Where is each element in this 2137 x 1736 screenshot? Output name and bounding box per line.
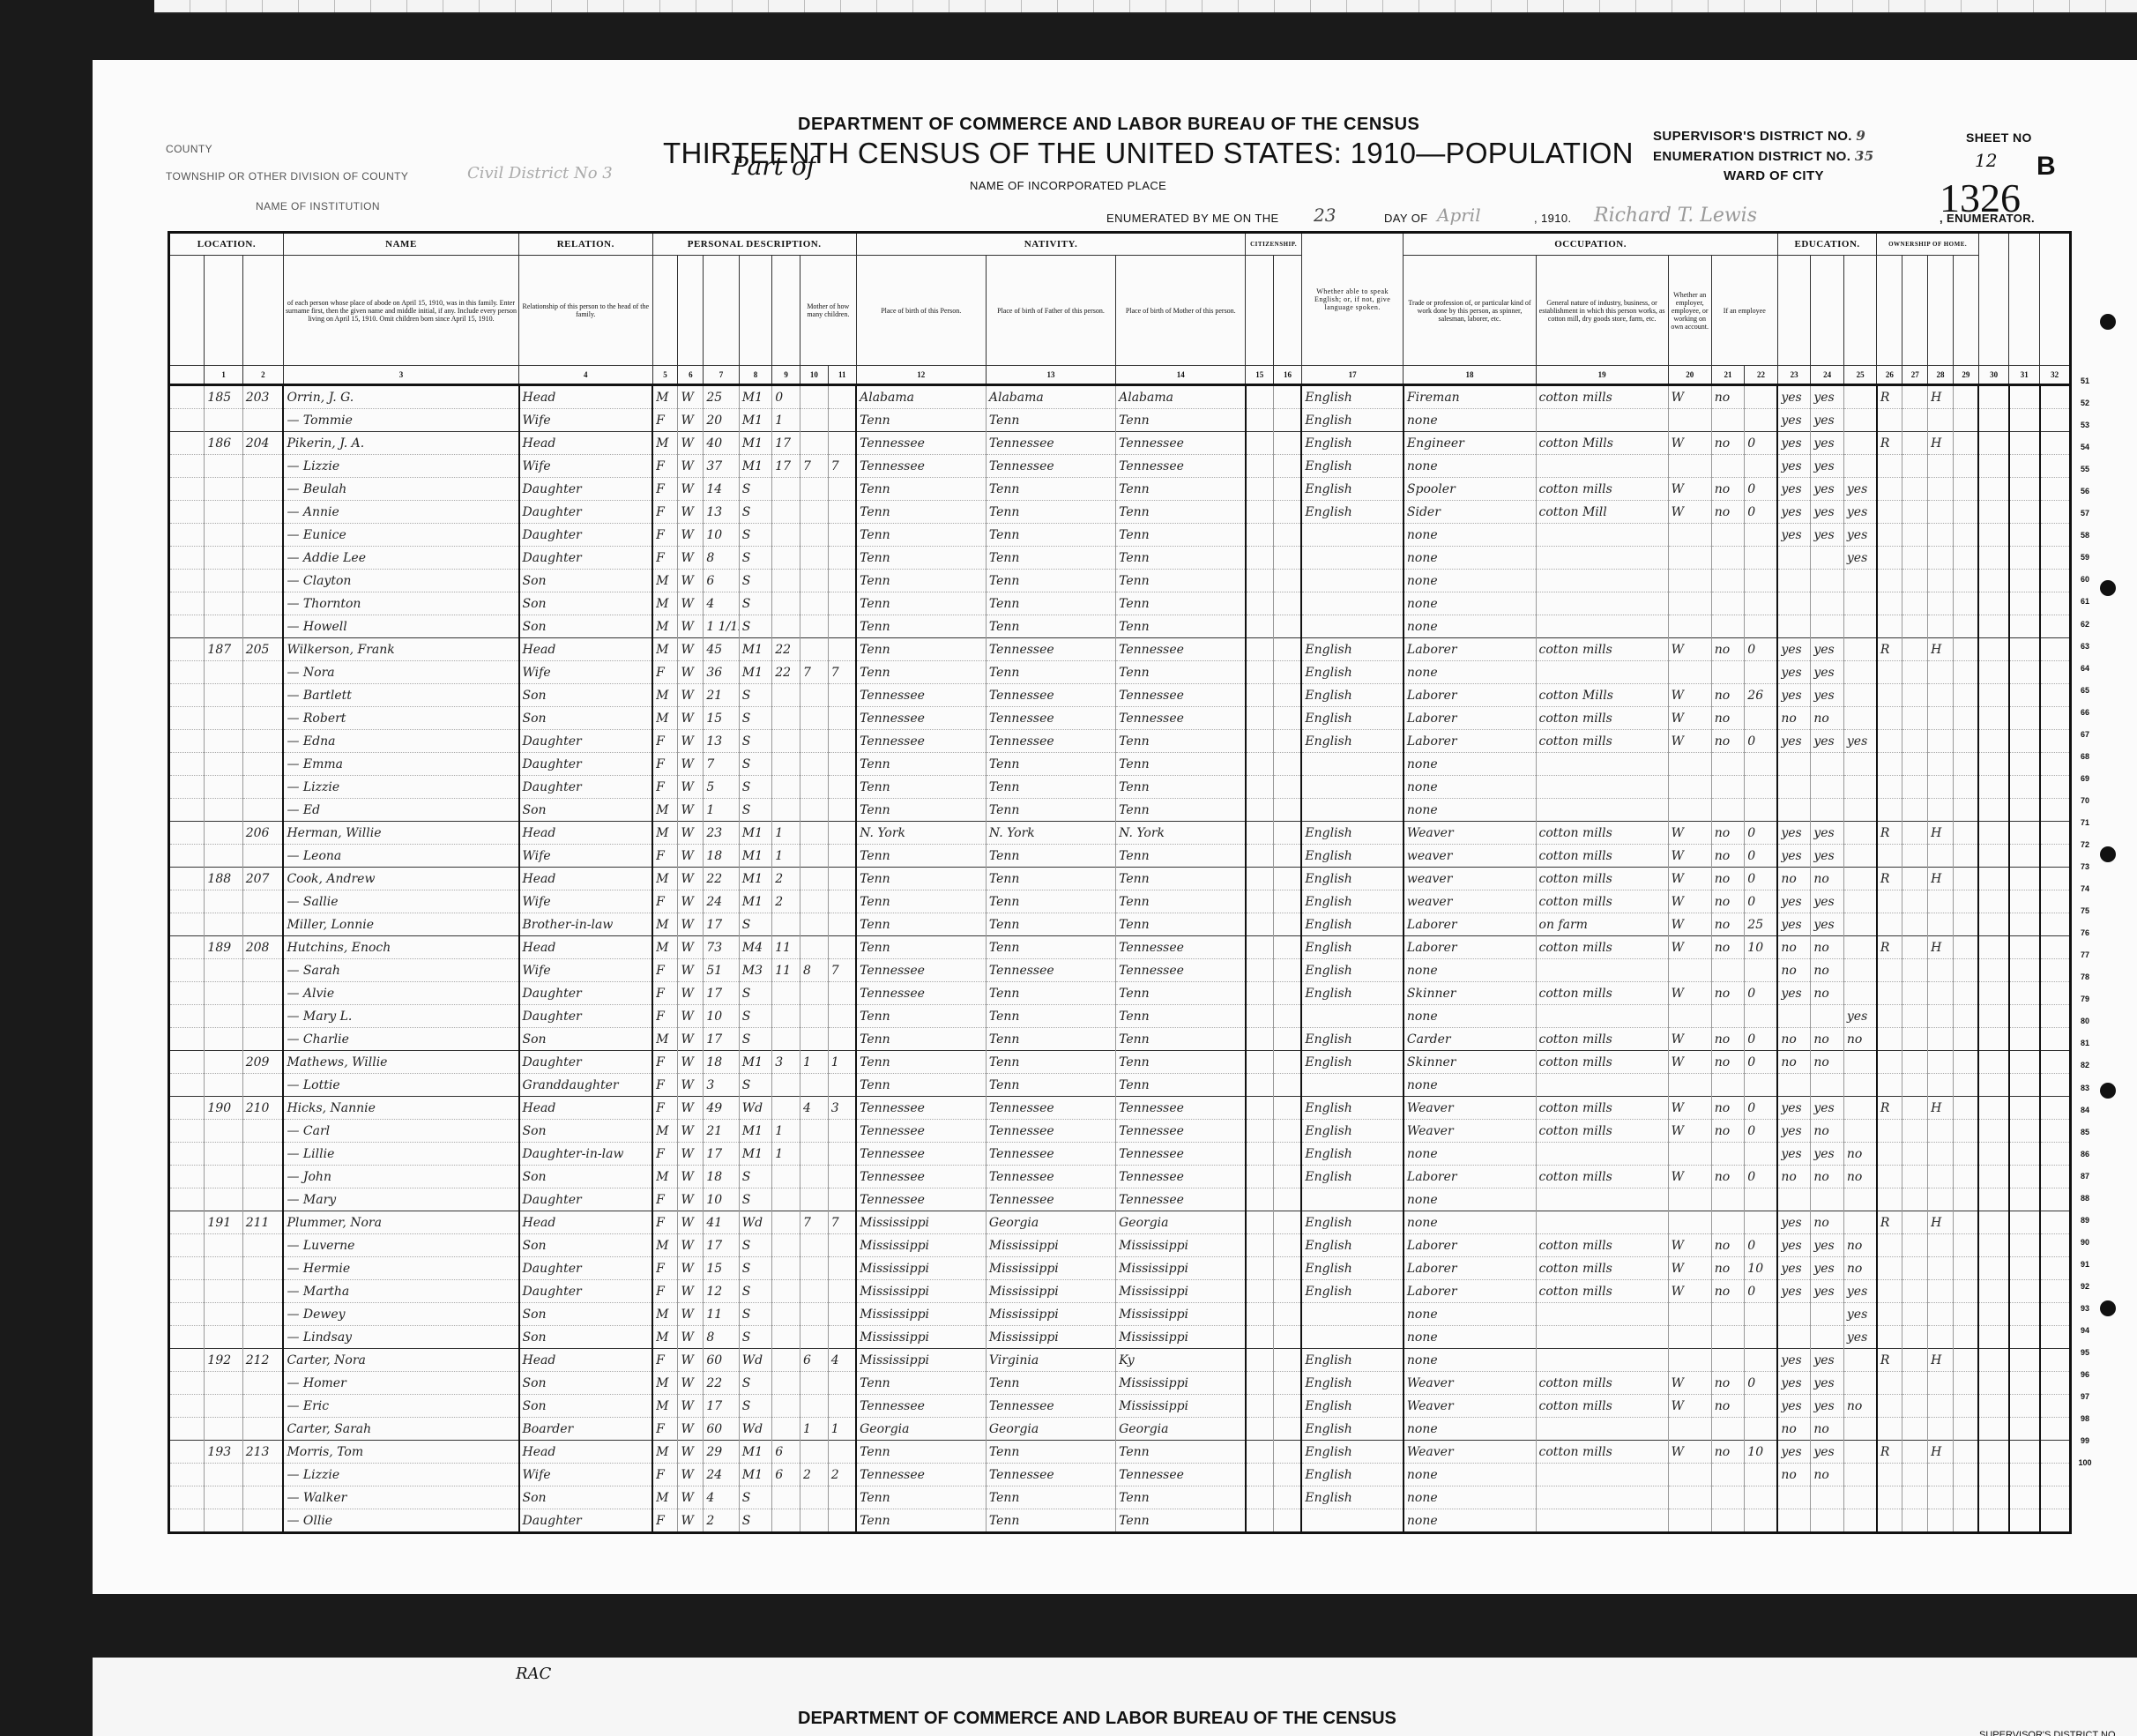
line-number: 97	[2072, 1386, 2098, 1408]
cell-bm: Tennessee	[1116, 707, 1246, 730]
cell-c15	[1246, 1372, 1274, 1395]
cell-c15	[1246, 432, 1274, 455]
cell-farm	[1928, 661, 1954, 684]
cell-wks	[1745, 776, 1778, 799]
cell-c31	[2009, 707, 2040, 730]
cell-born	[800, 1486, 829, 1509]
cell-c16	[1274, 1441, 1302, 1464]
cell-wks	[1745, 799, 1778, 822]
cell-trade: Laborer	[1404, 707, 1536, 730]
cell-rel: Daughter	[519, 1509, 653, 1533]
cell-write	[1811, 592, 1844, 615]
cell-liv	[828, 730, 856, 753]
cell-trade: none	[1404, 547, 1536, 570]
cell-c30	[1978, 1234, 2009, 1257]
cell-ind	[1536, 799, 1668, 822]
cell-own: R	[1877, 385, 1902, 409]
cell-c15	[1246, 1051, 1274, 1074]
cell-own	[1877, 1166, 1902, 1188]
cell-sex: F	[652, 455, 678, 478]
cell-mort	[1902, 1028, 1928, 1051]
cell-c30	[1978, 1143, 2009, 1166]
cell-write: yes	[1811, 684, 1844, 707]
cell-sch: yes	[1843, 478, 1877, 501]
cell-c16	[1274, 730, 1302, 753]
cell-c30	[1978, 913, 2009, 936]
cell-c29	[1953, 1097, 1978, 1120]
cell-liv	[828, 822, 856, 845]
cell-sch	[1843, 570, 1877, 592]
cell-c32	[2040, 1234, 2071, 1257]
cell-ms: M1	[739, 1441, 772, 1464]
cell-ind: cotton mills	[1536, 1028, 1668, 1051]
cell-c32	[2040, 822, 2071, 845]
line-number: 82	[2072, 1054, 2098, 1077]
cell-mort	[1902, 913, 1928, 936]
cell-own	[1877, 570, 1902, 592]
cell-yrs	[772, 1303, 800, 1326]
cell-bm: Tenn	[1116, 478, 1246, 501]
table-row: — LillieDaughter-in-lawFW17M11TennesseeT…	[169, 1143, 2071, 1166]
cell-c31	[2009, 868, 2040, 890]
cell-ind: cotton Mills	[1536, 684, 1668, 707]
cell-out	[1711, 1074, 1745, 1097]
cell-dw: 186	[205, 432, 242, 455]
cell-c31	[2009, 524, 2040, 547]
cell-bf: Tennessee	[986, 959, 1115, 982]
cell-c31	[2009, 1395, 2040, 1418]
cell-bp: Tenn	[856, 776, 986, 799]
cell-farm	[1928, 547, 1954, 570]
cell-out	[1711, 455, 1745, 478]
cell-bp: Mississippi	[856, 1257, 986, 1280]
cell-fam	[242, 1028, 283, 1051]
cell-write: yes	[1811, 1349, 1844, 1372]
cell-c15	[1246, 570, 1274, 592]
cell-sex: M	[652, 822, 678, 845]
cell-c29	[1953, 1257, 1978, 1280]
cell-emp: W	[1668, 1028, 1711, 1051]
cell-c30	[1978, 799, 2009, 822]
cell-write: no	[1811, 1464, 1844, 1486]
cell-c16	[1274, 1509, 1302, 1533]
cell-emp	[1668, 570, 1711, 592]
cell-wks: 0	[1745, 1234, 1778, 1257]
cell-trade: Laborer	[1404, 730, 1536, 753]
cell-c29	[1953, 1211, 1978, 1234]
cell-c16	[1274, 1418, 1302, 1441]
cell-farm: H	[1928, 385, 1954, 409]
cell-c32	[2040, 547, 2071, 570]
cell-ind	[1536, 1509, 1668, 1533]
cell-sch: no	[1843, 1143, 1877, 1166]
cell-born	[800, 524, 829, 547]
cell-bp: Tenn	[856, 592, 986, 615]
cell-yrs	[772, 1349, 800, 1372]
cell-lang: English	[1301, 1051, 1403, 1074]
cell-own	[1877, 592, 1902, 615]
cell-c32	[2040, 845, 2071, 868]
cell-c32	[2040, 409, 2071, 432]
cell-sex: F	[652, 478, 678, 501]
cell-c15	[1246, 1166, 1274, 1188]
cell-rel: Daughter-in-law	[519, 1143, 653, 1166]
cell-rel: Son	[519, 615, 653, 638]
cell-emp	[1668, 753, 1711, 776]
cell-sch	[1843, 638, 1877, 661]
cell-sch	[1843, 1074, 1877, 1097]
cell-c31	[2009, 570, 2040, 592]
header-street	[169, 256, 205, 366]
cell-c32	[2040, 638, 2071, 661]
cell-fam	[242, 799, 283, 822]
cell-c16	[1274, 1395, 1302, 1418]
table-row: — EricSonMW17STennesseeTennesseeMississi…	[169, 1395, 2071, 1418]
cell-name: — Walker	[283, 1486, 518, 1509]
cell-farm	[1928, 845, 1954, 868]
table-row: — SallieWifeFW24M12TennTennTennEnglishwe…	[169, 890, 2071, 913]
cell-c29	[1953, 684, 1978, 707]
cell-yrs: 1	[772, 845, 800, 868]
cell-rel: Head	[519, 1349, 653, 1372]
cell-age: 51	[704, 959, 739, 982]
header-farm-schedule	[1953, 256, 1978, 366]
cell-race: W	[678, 1303, 704, 1326]
cell-bf: Tennessee	[986, 432, 1115, 455]
cell-c16	[1274, 936, 1302, 959]
department-heading: DEPARTMENT OF COMMERCE AND LABOR BUREAU …	[798, 115, 1419, 135]
cell-wks: 0	[1745, 982, 1778, 1005]
cell-liv	[828, 890, 856, 913]
cell-bp: Tennessee	[856, 959, 986, 982]
cell-bm: Tenn	[1116, 524, 1246, 547]
line-number: 56	[2072, 481, 2098, 503]
cell-name: Pikerin, J. A.	[283, 432, 518, 455]
cell-out: no	[1711, 684, 1745, 707]
cell-street	[169, 547, 205, 570]
cell-c16	[1274, 1326, 1302, 1349]
cell-liv	[828, 913, 856, 936]
cell-rel: Daughter	[519, 1257, 653, 1280]
cell-liv	[828, 1188, 856, 1211]
cell-c31	[2009, 615, 2040, 638]
cell-c30	[1978, 868, 2009, 890]
cell-sex: M	[652, 1234, 678, 1257]
line-number: 64	[2072, 658, 2098, 680]
column-number: 15	[1246, 366, 1274, 385]
column-number: 16	[1274, 366, 1302, 385]
cell-bp: Tenn	[856, 478, 986, 501]
cell-name: — Charlie	[283, 1028, 518, 1051]
cell-c32	[2040, 1486, 2071, 1509]
cell-read: yes	[1777, 409, 1811, 432]
cell-name: — Eunice	[283, 524, 518, 547]
cell-c32	[2040, 959, 2071, 982]
cell-race: W	[678, 982, 704, 1005]
cell-sch	[1843, 1418, 1877, 1441]
table-row: — Addie LeeDaughterFW8STennTennTennnoney…	[169, 547, 2071, 570]
cell-c29	[1953, 615, 1978, 638]
cell-c15	[1246, 959, 1274, 982]
cell-c30	[1978, 1051, 2009, 1074]
cell-liv	[828, 1280, 856, 1303]
table-row: — TommieWifeFW20M11TennTennTennEnglishno…	[169, 409, 2071, 432]
cell-wks	[1745, 1464, 1778, 1486]
cell-street	[169, 1349, 205, 1372]
cell-trade: none	[1404, 409, 1536, 432]
cell-bf: Tenn	[986, 547, 1115, 570]
cell-emp: W	[1668, 730, 1711, 753]
cell-bp: Tenn	[856, 890, 986, 913]
cell-sch: no	[1843, 1028, 1877, 1051]
cell-sex: M	[652, 1166, 678, 1188]
cell-c30	[1978, 1120, 2009, 1143]
cell-bf: N. York	[986, 822, 1115, 845]
cell-bm: Georgia	[1116, 1418, 1246, 1441]
cell-born	[800, 1234, 829, 1257]
cell-trade: weaver	[1404, 845, 1536, 868]
table-row: — AnnieDaughterFW13STennTennTennEnglishS…	[169, 501, 2071, 524]
cell-yrs: 1	[772, 822, 800, 845]
cell-c31	[2009, 1326, 2040, 1349]
cell-own: R	[1877, 1211, 1902, 1234]
column-number: 25	[1843, 366, 1877, 385]
cell-age: 20	[704, 409, 739, 432]
cell-c31	[2009, 1441, 2040, 1464]
group-relation: RELATION.	[519, 233, 653, 256]
cell-born	[800, 1257, 829, 1280]
cell-sch	[1843, 1051, 1877, 1074]
cell-street	[169, 1303, 205, 1326]
cell-bm: Tenn	[1116, 501, 1246, 524]
cell-wks: 0	[1745, 890, 1778, 913]
cell-farm: H	[1928, 1211, 1954, 1234]
cell-c31	[2009, 547, 2040, 570]
cell-c15	[1246, 982, 1274, 1005]
cell-born	[800, 478, 829, 501]
cell-liv	[828, 776, 856, 799]
cell-own: R	[1877, 868, 1902, 890]
cell-rel: Wife	[519, 409, 653, 432]
cell-age: 15	[704, 707, 739, 730]
cell-c30	[1978, 1372, 2009, 1395]
cell-c29	[1953, 592, 1978, 615]
cell-c16	[1274, 570, 1302, 592]
cell-name: Wilkerson, Frank	[283, 638, 518, 661]
cell-dw	[205, 684, 242, 707]
cell-street	[169, 868, 205, 890]
cell-race: W	[678, 799, 704, 822]
cell-own	[1877, 845, 1902, 868]
cell-ind	[1536, 1349, 1668, 1372]
cell-yrs: 17	[772, 455, 800, 478]
enumerated-day: 23	[1314, 205, 1336, 226]
cell-bm: Ky	[1116, 1349, 1246, 1372]
cell-read: yes	[1777, 501, 1811, 524]
group-occupation: OCCUPATION.	[1404, 233, 1777, 256]
cell-name: Morris, Tom	[283, 1441, 518, 1464]
cell-name: — Lindsay	[283, 1326, 518, 1349]
cell-trade: Weaver	[1404, 1120, 1536, 1143]
cell-wks	[1745, 661, 1778, 684]
cell-mort	[1902, 409, 1928, 432]
cell-trade: none	[1404, 1188, 1536, 1211]
cell-c16	[1274, 1188, 1302, 1211]
cell-sch	[1843, 845, 1877, 868]
cell-street	[169, 524, 205, 547]
cell-age: 25	[704, 385, 739, 409]
cell-ind	[1536, 661, 1668, 684]
cell-name: — Lillie	[283, 1143, 518, 1166]
cell-born: 6	[800, 1349, 829, 1372]
cell-sex: M	[652, 1395, 678, 1418]
cell-bp: Tenn	[856, 845, 986, 868]
cell-bp: Tenn	[856, 615, 986, 638]
cell-c16	[1274, 638, 1302, 661]
cell-dw	[205, 661, 242, 684]
cell-dw	[205, 776, 242, 799]
cell-c31	[2009, 1188, 2040, 1211]
column-number: 9	[772, 366, 800, 385]
cell-liv: 4	[828, 1349, 856, 1372]
cell-race: W	[678, 478, 704, 501]
cell-lang	[1301, 615, 1403, 638]
cell-street	[169, 776, 205, 799]
cell-born	[800, 409, 829, 432]
cell-c15	[1246, 890, 1274, 913]
cell-ms: M3	[739, 959, 772, 982]
cell-sch	[1843, 385, 1877, 409]
enumerated-label: ENUMERATED BY ME ON THE	[1106, 212, 1279, 225]
cell-bm: Tenn	[1116, 1028, 1246, 1051]
cell-street	[169, 1441, 205, 1464]
table-row: — ThorntonSonMW4STennTennTennnone	[169, 592, 2071, 615]
cell-out	[1711, 1188, 1745, 1211]
cell-ind	[1536, 1074, 1668, 1097]
cell-c15	[1246, 385, 1274, 409]
cell-c31	[2009, 1211, 2040, 1234]
cell-trade: weaver	[1404, 890, 1536, 913]
cell-race: W	[678, 615, 704, 638]
column-number: 17	[1301, 366, 1403, 385]
cell-age: 18	[704, 1051, 739, 1074]
cell-farm	[1928, 1005, 1954, 1028]
table-row: 193213Morris, TomHeadMW29M16TennTennTenn…	[169, 1441, 2071, 1464]
column-number: 28	[1928, 366, 1954, 385]
cell-liv: 7	[828, 1211, 856, 1234]
cell-mort	[1902, 478, 1928, 501]
cell-bm: Tenn	[1116, 409, 1246, 432]
cell-liv	[828, 707, 856, 730]
cell-street	[169, 982, 205, 1005]
cell-race: W	[678, 1188, 704, 1211]
cell-fam	[242, 1303, 283, 1326]
cell-liv	[828, 1303, 856, 1326]
cell-c29	[1953, 730, 1978, 753]
cell-street	[169, 478, 205, 501]
cell-sex: F	[652, 409, 678, 432]
cell-age: 3	[704, 1074, 739, 1097]
cell-sch	[1843, 799, 1877, 822]
cell-c29	[1953, 1326, 1978, 1349]
cell-name: Cook, Andrew	[283, 868, 518, 890]
cell-emp: W	[1668, 1097, 1711, 1120]
cell-trade: Laborer	[1404, 1257, 1536, 1280]
cell-farm	[1928, 753, 1954, 776]
cell-own	[1877, 501, 1902, 524]
cell-lang: English	[1301, 1166, 1403, 1188]
cell-name: Carter, Sarah	[283, 1418, 518, 1441]
cell-trade: none	[1404, 455, 1536, 478]
cell-age: 18	[704, 845, 739, 868]
cell-c16	[1274, 753, 1302, 776]
cell-mort	[1902, 1464, 1928, 1486]
cell-bp: Tenn	[856, 524, 986, 547]
table-row: — JohnSonMW18STennesseeTennesseeTennesse…	[169, 1166, 2071, 1188]
header-col32	[2040, 233, 2071, 366]
cell-race: W	[678, 1211, 704, 1234]
cell-fam: 211	[242, 1211, 283, 1234]
cell-age: 17	[704, 1143, 739, 1166]
cell-c16	[1274, 1486, 1302, 1509]
cell-read: yes	[1777, 1395, 1811, 1418]
column-number: 5	[652, 366, 678, 385]
cell-ms: S	[739, 1188, 772, 1211]
cell-c30	[1978, 1028, 2009, 1051]
cell-dw	[205, 959, 242, 982]
cell-c15	[1246, 776, 1274, 799]
cell-trade: none	[1404, 753, 1536, 776]
cell-yrs	[772, 547, 800, 570]
table-row: — LindsaySonMW8SMississippiMississippiMi…	[169, 1326, 2071, 1349]
cell-c30	[1978, 890, 2009, 913]
cell-street	[169, 959, 205, 982]
cell-write	[1811, 1486, 1844, 1509]
cell-c29	[1953, 1166, 1978, 1188]
cell-lang: English	[1301, 455, 1403, 478]
cell-c29	[1953, 1051, 1978, 1074]
cell-wks	[1745, 1486, 1778, 1509]
cell-yrs	[772, 730, 800, 753]
line-number: 54	[2072, 436, 2098, 458]
cell-ms: S	[739, 1486, 772, 1509]
cell-ms: S	[739, 799, 772, 822]
cell-liv	[828, 936, 856, 959]
cell-c32	[2040, 570, 2071, 592]
cell-emp	[1668, 1188, 1711, 1211]
header-family-no	[242, 256, 283, 366]
cell-born	[800, 501, 829, 524]
cell-yrs	[772, 501, 800, 524]
cell-c29	[1953, 1441, 1978, 1464]
cell-sex: M	[652, 1372, 678, 1395]
column-number: 13	[986, 366, 1115, 385]
cell-c29	[1953, 1143, 1978, 1166]
cell-c30	[1978, 1486, 2009, 1509]
cell-mort	[1902, 753, 1928, 776]
cell-farm	[1928, 1326, 1954, 1349]
cell-wks	[1745, 1509, 1778, 1533]
cell-bp: Tenn	[856, 936, 986, 959]
cell-race: W	[678, 959, 704, 982]
cell-street	[169, 1372, 205, 1395]
cell-emp	[1668, 661, 1711, 684]
table-row: — BartlettSonMW21STennesseeTennesseeTenn…	[169, 684, 2071, 707]
cell-yrs	[772, 1486, 800, 1509]
cell-c30	[1978, 1418, 2009, 1441]
cell-street	[169, 1464, 205, 1486]
group-location: LOCATION.	[169, 233, 284, 256]
